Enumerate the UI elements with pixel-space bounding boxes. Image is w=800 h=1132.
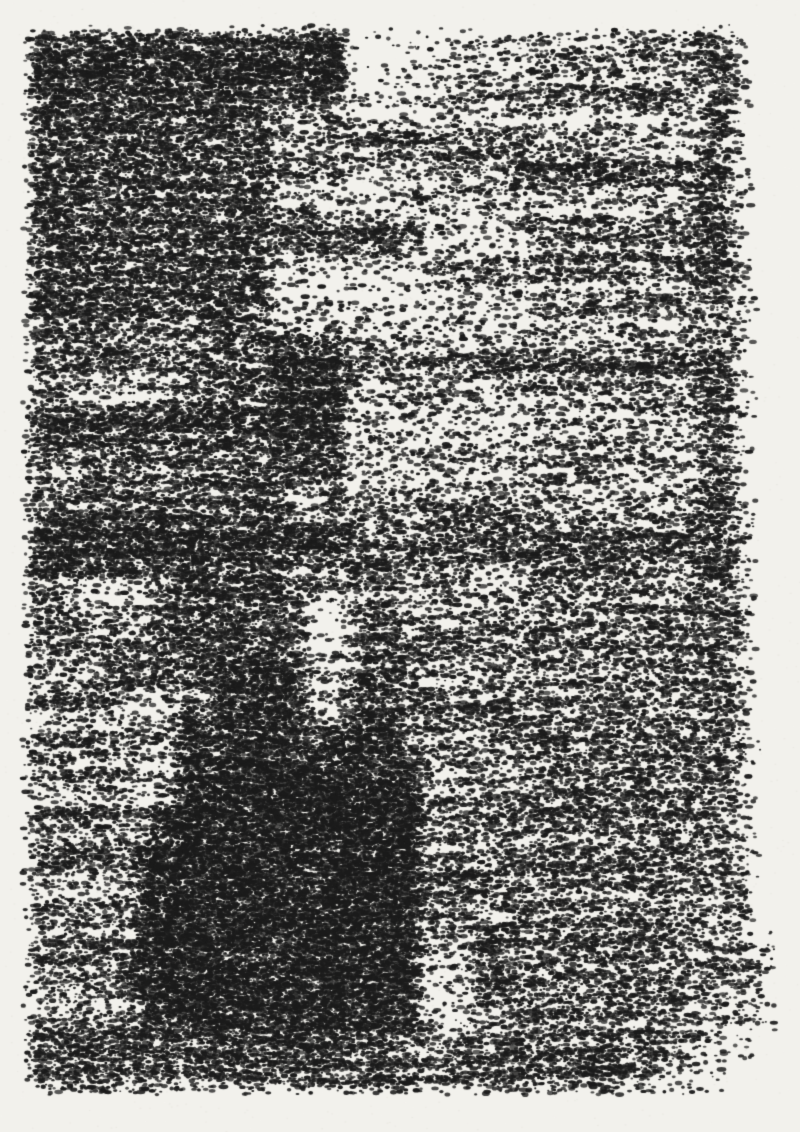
halftone-photograph xyxy=(0,0,800,1132)
paper-page xyxy=(0,0,800,1132)
halftone-photo-canvas xyxy=(0,0,800,1132)
